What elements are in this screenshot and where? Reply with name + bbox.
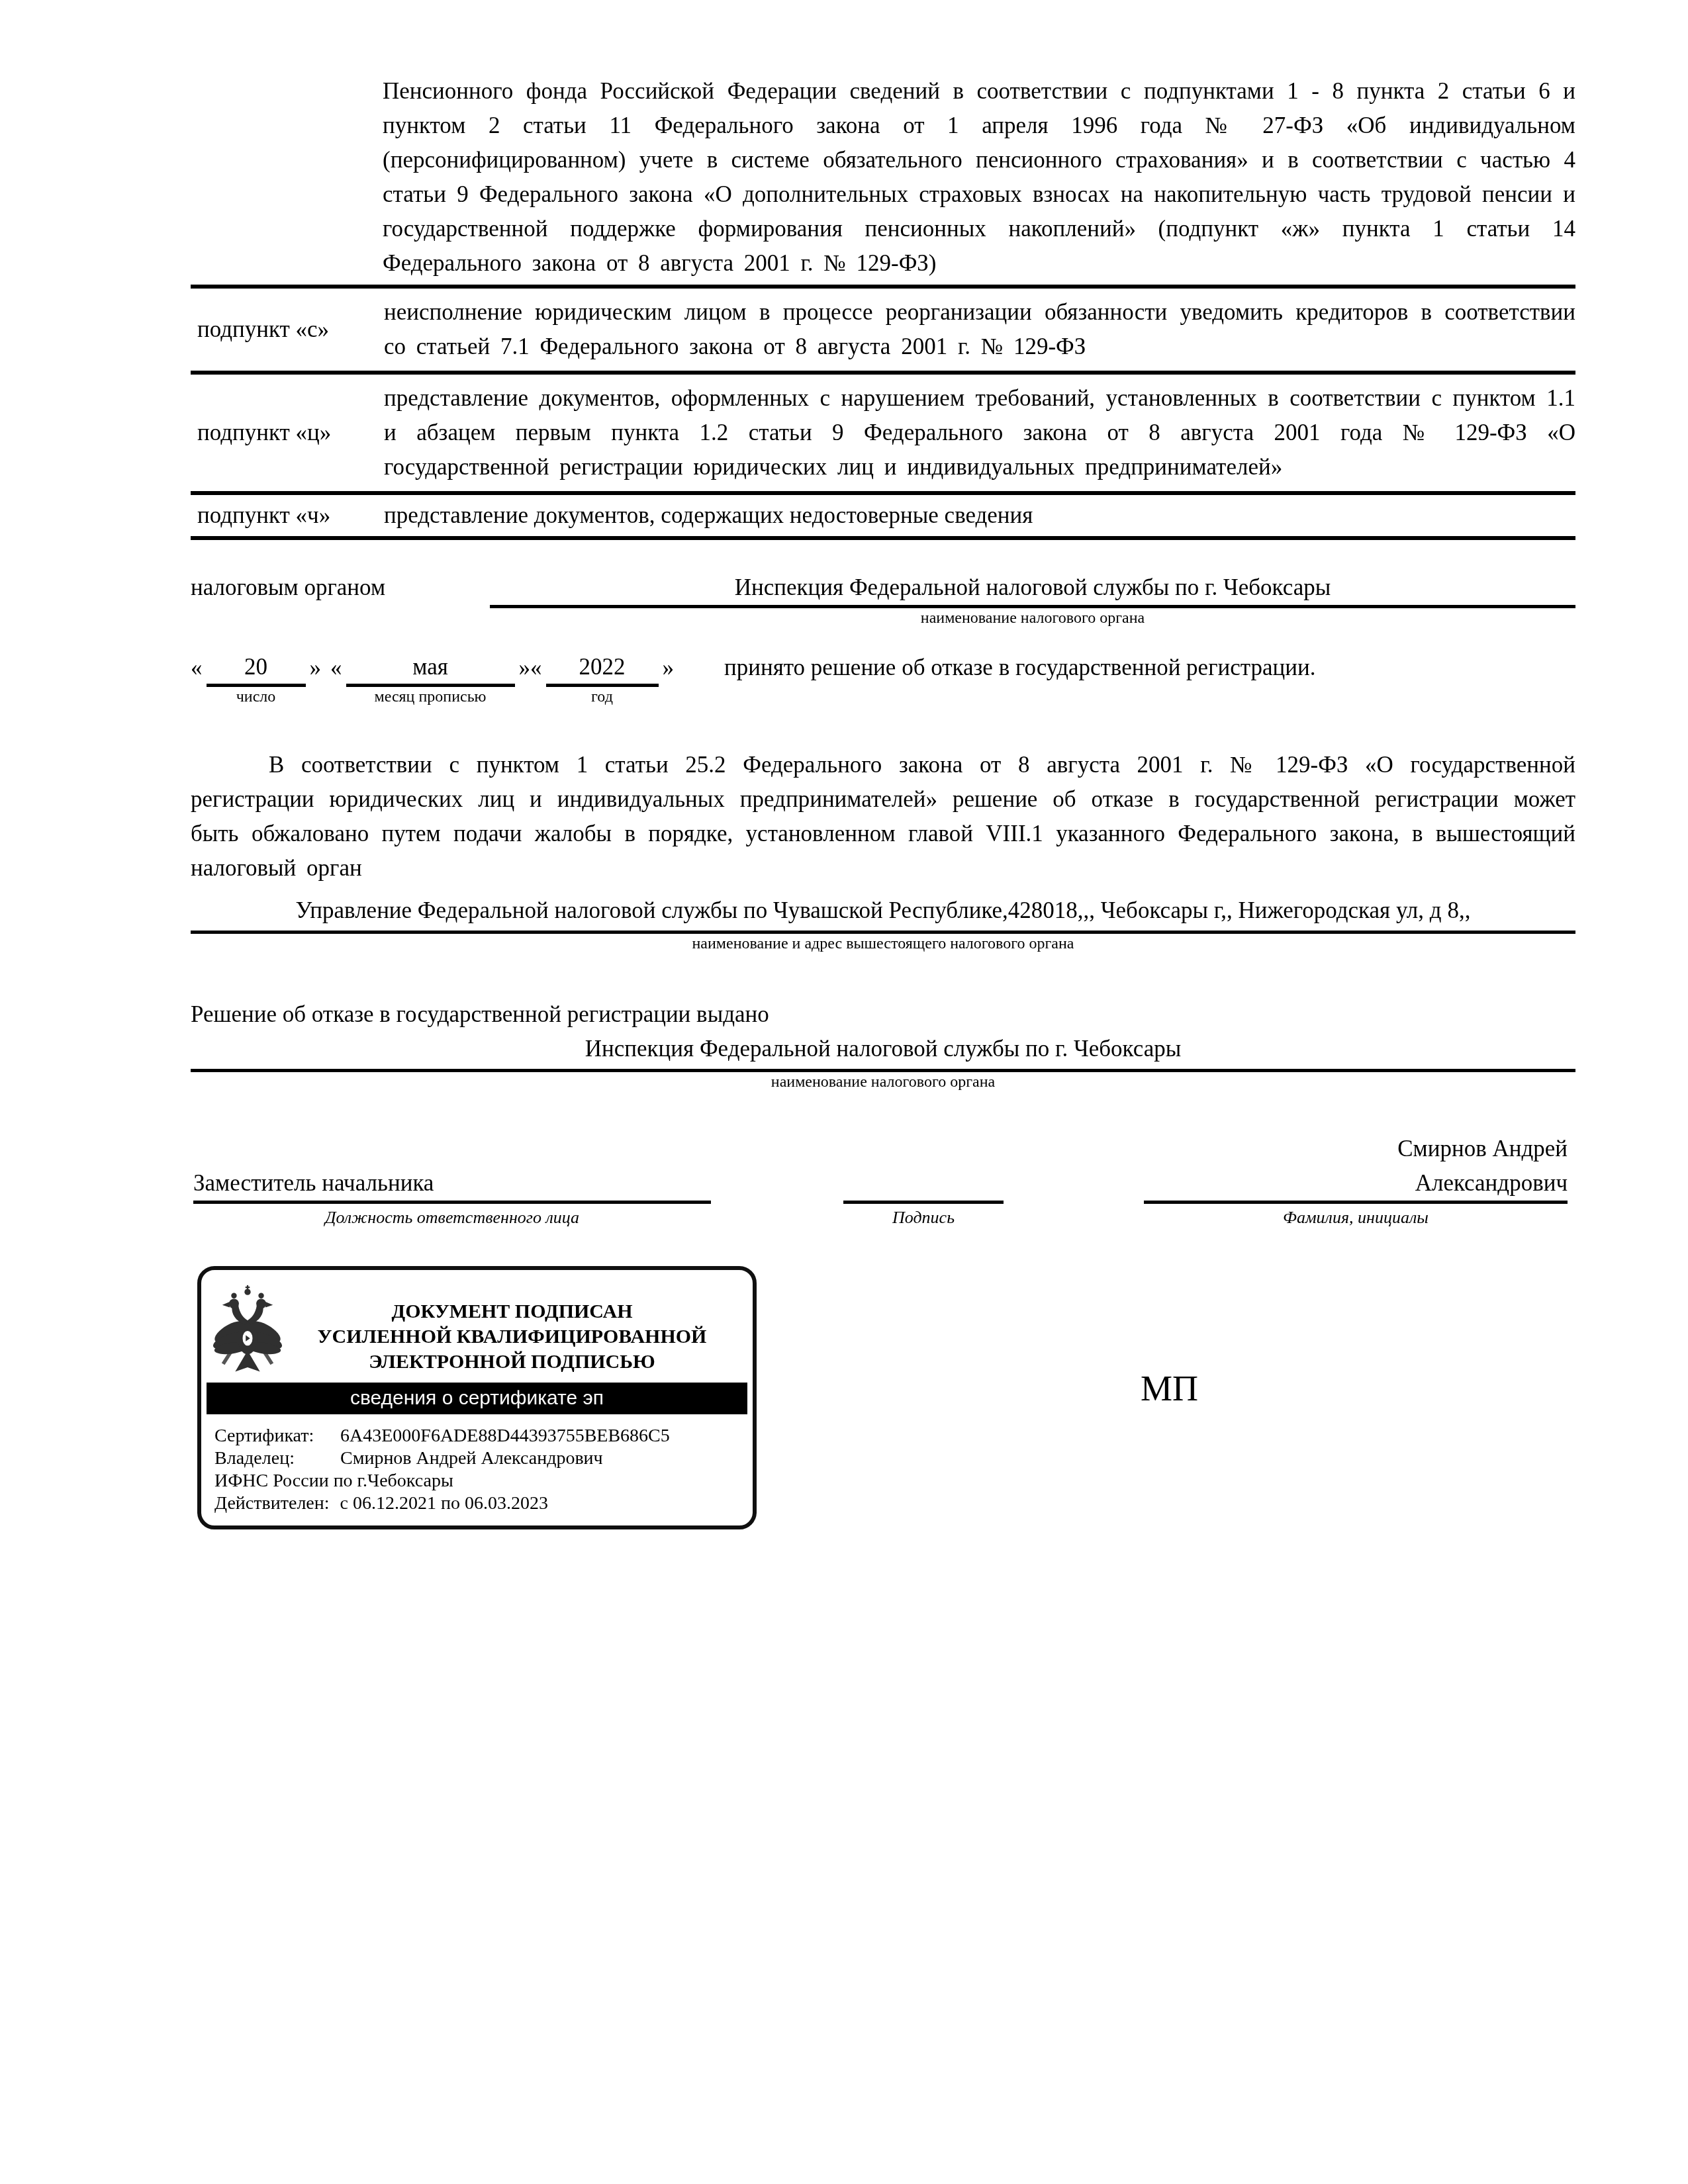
position-caption: Должность ответственного лица	[193, 1204, 711, 1229]
validity-value: с 06.12.2021 по 06.03.2023	[340, 1492, 548, 1515]
owner-label: Владелец:	[214, 1447, 340, 1470]
seal-place-mark: МП	[1141, 1371, 1198, 1529]
tax-authority-caption-row: наименование налогового органа	[191, 608, 1575, 628]
certificate-label: Сертификат:	[214, 1425, 340, 1447]
quote-close: »	[663, 651, 675, 685]
decision-sentence: принято решение об отказе в государствен…	[724, 651, 1315, 685]
date-month-caption: месяц прописью	[346, 687, 515, 707]
date-year-caption: год	[546, 687, 659, 707]
document-content: Пенсионного фонда Российской Федерации с…	[191, 0, 1575, 1529]
ground-label: подпункт «ч»	[191, 495, 384, 536]
date-day-caption: число	[207, 687, 306, 707]
superior-authority-value: Управление Федеральной налоговой службы …	[294, 893, 1472, 928]
position-column: Заместитель начальника Должность ответст…	[193, 1166, 711, 1229]
owner-row: Владелец: Смирнов Андрей Александрович	[214, 1447, 746, 1470]
quote-open: «	[330, 651, 342, 685]
ground-text: представление документов, оформленных с …	[384, 375, 1575, 491]
name-caption: Фамилия, инициалы	[1144, 1204, 1568, 1229]
decision-date-row: « 20 число » « мая месяц прописью » « 20…	[191, 651, 1575, 707]
tax-authority-caption: наименование налогового органа	[490, 608, 1575, 628]
issued-authority-caption: наименование налогового органа	[191, 1072, 1575, 1092]
tax-authority-prefix: налоговым органом	[191, 570, 490, 608]
table-row: подпункт «ц» представление документов, о…	[191, 375, 1575, 495]
stamp-header: ДОКУМЕНТ ПОДПИСАН УСИЛЕННОЙ КВАЛИФИЦИРОВ…	[201, 1277, 753, 1379]
signature-column: Подпись	[843, 1201, 1004, 1229]
validity-row: Действителен: с 06.12.2021 по 06.03.2023	[214, 1492, 746, 1515]
stamp-title: ДОКУМЕНТ ПОДПИСАН УСИЛЕННОЙ КВАЛИФИЦИРОВ…	[285, 1282, 743, 1375]
tax-authority-value: Инспекция Федеральной налоговой службы п…	[490, 570, 1575, 608]
ground-label: подпункт «ц»	[191, 375, 384, 491]
ground-text: представление документов, содержащих нед…	[384, 495, 1575, 536]
stamp-title-line3: ЭЛЕКТРОННОЙ ПОДПИСЬЮ	[285, 1349, 739, 1375]
superior-authority-caption: наименование и адрес вышестоящего налого…	[191, 934, 1575, 954]
signature-caption: Подпись	[843, 1204, 1004, 1229]
official-name: Смирнов Андрей Александрович	[1273, 1132, 1568, 1201]
tax-authority-line: налоговым органом Инспекция Федеральной …	[191, 570, 1575, 608]
table-row: подпункт «ч» представление документов, с…	[191, 495, 1575, 540]
name-column: Смирнов Андрей Александрович Фамилия, ин…	[1144, 1132, 1568, 1229]
official-position: Заместитель начальника	[193, 1166, 711, 1201]
quote-close: »	[310, 651, 322, 685]
table-row: подпункт «с» неисполнение юридическим ли…	[191, 289, 1575, 375]
coat-of-arms-icon	[211, 1283, 285, 1377]
certificate-details: Сертификат: 6A43E000F6ADE88D44393755BEB6…	[201, 1414, 753, 1515]
owner-value: Смирнов Андрей Александрович	[340, 1447, 603, 1470]
certificate-row: Сертификат: 6A43E000F6ADE88D44393755BEB6…	[214, 1425, 746, 1447]
appeal-paragraph: В соответствии с пунктом 1 статьи 25.2 Ф…	[191, 748, 1575, 886]
authority-row: ИФНС России по г.Чебоксары	[214, 1470, 746, 1492]
ground-label: подпункт «с»	[191, 289, 384, 371]
stamp-title-line1: ДОКУМЕНТ ПОДПИСАН	[285, 1299, 739, 1324]
certificate-value: 6A43E000F6ADE88D44393755BEB686C5	[340, 1425, 670, 1447]
signature-block: Заместитель начальника Должность ответст…	[191, 1132, 1575, 1229]
document-page-background: { "doc": { "continuation_paragraph": "Пе…	[0, 0, 1688, 2184]
refusal-grounds-table: подпункт «с» неисполнение юридическим ли…	[191, 285, 1575, 540]
ground-text: неисполнение юридическим лицом в процесс…	[384, 289, 1575, 371]
spacer	[191, 608, 490, 628]
continuation-paragraph: Пенсионного фонда Российской Федерации с…	[383, 74, 1575, 281]
quote-close: »	[519, 651, 531, 685]
digital-signature-stamp: ДОКУМЕНТ ПОДПИСАН УСИЛЕННОЙ КВАЛИФИЦИРОВ…	[197, 1266, 757, 1529]
stamp-row: ДОКУМЕНТ ПОДПИСАН УСИЛЕННОЙ КВАЛИФИЦИРОВ…	[191, 1266, 1575, 1529]
issued-authority-value: Инспекция Федеральной налоговой службы п…	[191, 1032, 1575, 1066]
date-year-value: 2022	[546, 651, 659, 687]
stamp-title-line2: УСИЛЕННОЙ КВАЛИФИЦИРОВАННОЙ	[285, 1324, 739, 1349]
date-day-value: 20	[207, 651, 306, 687]
issued-text: Решение об отказе в государственной реги…	[191, 997, 1575, 1032]
quote-open: «	[530, 651, 542, 685]
date-year-blank: 2022 год	[546, 651, 659, 707]
date-day-blank: 20 число	[207, 651, 306, 707]
certificate-info-bar: сведения о сертификате эп	[207, 1383, 747, 1414]
quote-open: «	[191, 651, 203, 685]
date-month-blank: мая месяц прописью	[346, 651, 515, 707]
date-month-value: мая	[346, 651, 515, 687]
issued-block: Решение об отказе в государственной реги…	[191, 997, 1575, 1092]
validity-label: Действителен:	[214, 1492, 330, 1515]
